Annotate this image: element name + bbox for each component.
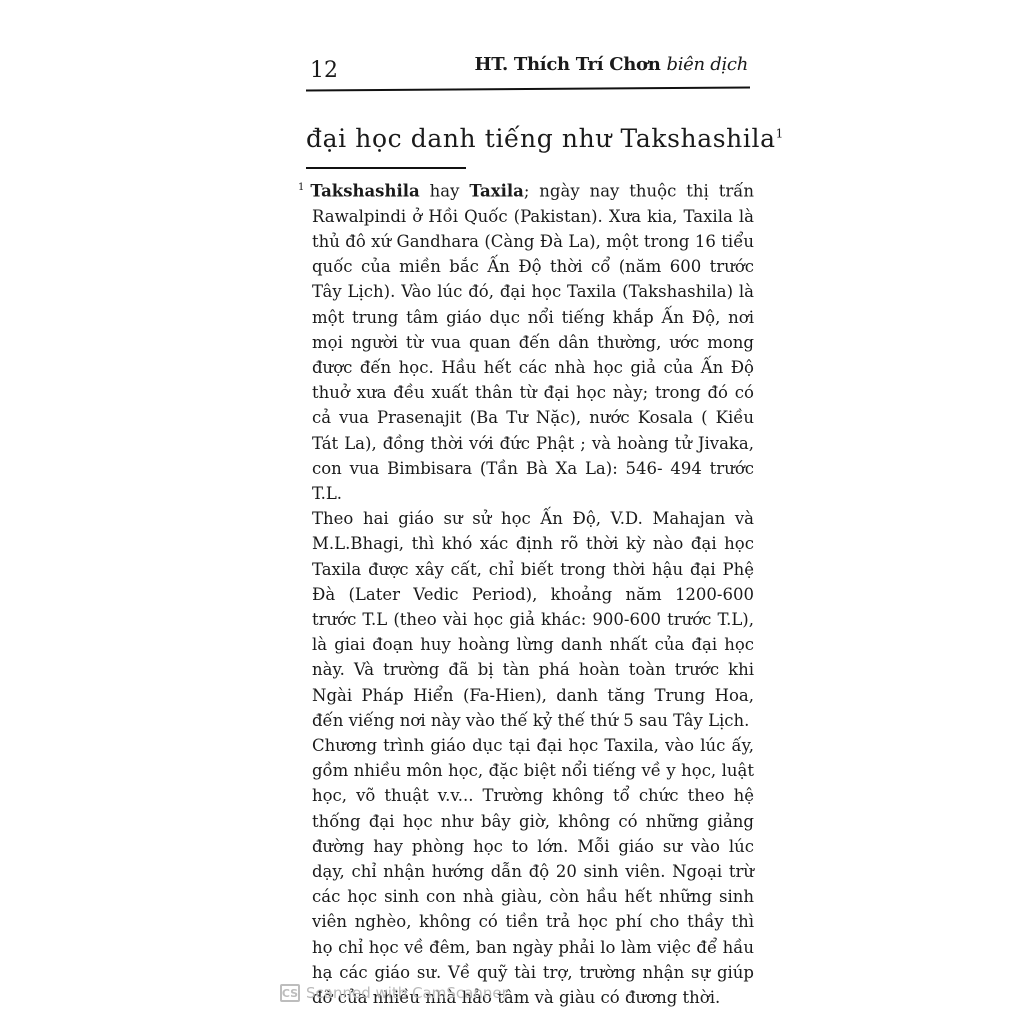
footnote-paragraph-2: Theo hai giáo sư sử học Ấn Độ, V.D. Maha… [312,506,754,733]
header-rule [306,86,750,91]
page-header: 12 HT. Thích Trí Chơn biên dịch [306,50,754,90]
footnote-separator [306,167,466,169]
footnote-reference: 1 [776,127,784,141]
footnote-term-takshashila: Takshashila [310,182,419,201]
running-head: HT. Thích Trí Chơn biên dịch [475,54,749,75]
footnote-mark: 1 [298,182,304,193]
footnote-paragraph-1: 1Takshashila hay Taxila; ngày nay thuộc … [312,175,754,506]
footnote-paragraph-3: Chương trình giáo dục tại đại học Taxila… [312,733,754,1010]
footnote-term-taxila: Taxila [469,182,523,201]
footnote-para1-text: ; ngày nay thuộc thị trấn Rawalpindi ở H… [312,182,754,503]
body-text: đại học danh tiếng như Takshashila [306,124,776,153]
body-continued-line: đại học danh tiếng như Takshashila1 [306,124,754,153]
book-page: 12 HT. Thích Trí Chơn biên dịch đại học … [306,50,754,1010]
footnote-joiner: hay [420,182,470,201]
footnote: 1Takshashila hay Taxila; ngày nay thuộc … [306,175,754,1010]
camscanner-watermark: CS Scanned with CamScanner [280,984,508,1002]
watermark-text: Scanned with CamScanner [306,984,508,1002]
page-number: 12 [310,58,338,83]
running-head-role: biên dịch [667,54,749,75]
camscanner-logo-icon: CS [280,984,300,1002]
running-head-author: HT. Thích Trí Chơn [475,54,661,75]
